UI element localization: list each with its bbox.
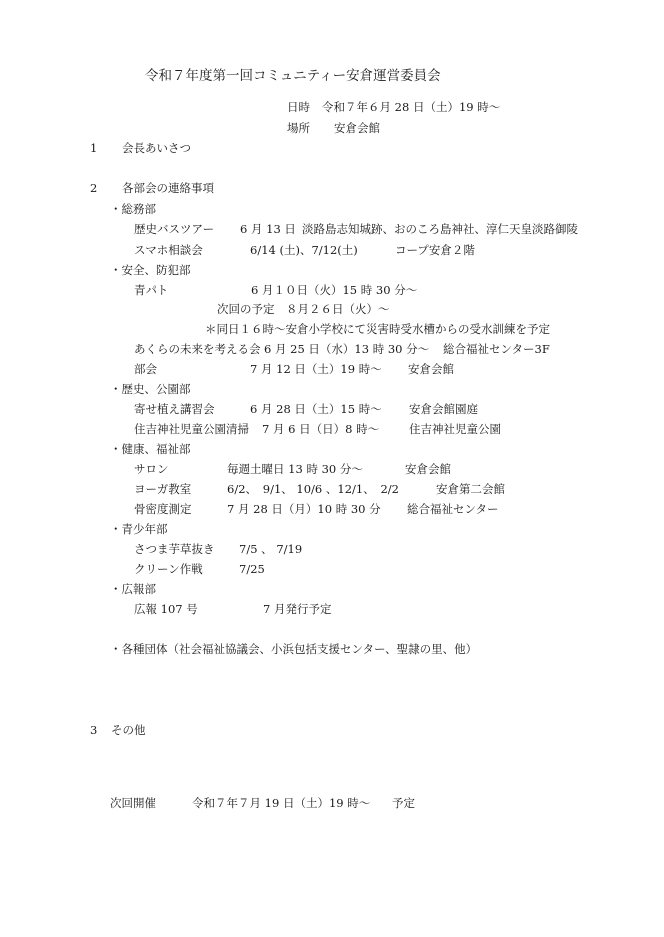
item-label: 骨密度測定: [134, 501, 192, 517]
item-label: 寄せ植え講習会: [134, 401, 215, 417]
item-label: 歴史バスツアー: [134, 221, 214, 237]
item-place: 住吉神社児童公園: [409, 421, 501, 437]
place-label: 場所: [287, 120, 310, 136]
section-2-title: 各部会の連絡事項: [122, 180, 214, 196]
item-date: 6/14 (土)、7/12(土): [250, 242, 358, 258]
item-label: ヨーガ教室: [134, 481, 191, 497]
item-date: 6 月 25 日（水）13 時 30 分～: [264, 341, 429, 357]
item-label: 住吉神社児童公園清掃: [134, 421, 249, 437]
item-date: 7 月 6 日（日）8 時～: [262, 421, 379, 437]
department-safety: ・安全、防犯部: [110, 262, 191, 278]
item-date: 毎週土曜日 13 時 30 分～: [227, 461, 363, 477]
item-note: ＊同日１６時～安倉小学校にて災害時受水槽からの受水訓練を予定: [205, 321, 550, 337]
item-label: 部会: [134, 361, 157, 377]
item-date: 6 月 13 日: [240, 221, 296, 237]
item-place: 安倉会館: [405, 461, 451, 477]
next-meeting-date: 令和７年７月 19 日（土）19 時～: [192, 795, 370, 811]
section-2-number: 2: [90, 180, 97, 196]
item-label: スマホ相談会: [134, 242, 203, 258]
section-1-title: 会長あいさつ: [122, 140, 191, 156]
item-place: 安倉会館: [408, 361, 454, 377]
item-date: 7 月 12 日（土）19 時～: [250, 361, 382, 377]
department-public-relations: ・広報部: [110, 581, 156, 597]
item-note: 次回の予定 ８月２６日（火）～: [217, 301, 390, 317]
item-label: 青パト: [134, 282, 168, 298]
item-label: 広報 107 号: [134, 601, 198, 617]
item-date: 6/2、 9/1、 10/6 、12/1、 2/2: [227, 481, 399, 497]
next-meeting-label: 次回開催: [110, 795, 156, 811]
item-date: 7 月 28 日（月）10 時 30 分: [227, 501, 381, 517]
item-place: 総合福祉センター: [407, 501, 499, 517]
department-youth: ・青少年部: [110, 521, 168, 537]
next-meeting-status: 予定: [392, 795, 415, 811]
item-place: 淡路島志知城跡、おのころ島神社、淳仁天皇淡路御陵: [302, 221, 578, 237]
section-3-number: 3: [90, 722, 97, 738]
item-label: サロン: [134, 461, 169, 477]
department-history-parks: ・歴史、公園部: [110, 381, 191, 397]
item-place: 総合福祉センター3F: [443, 341, 550, 357]
section-1-number: 1: [90, 140, 97, 156]
item-date: 7/25: [239, 561, 265, 577]
item-place: 安倉第二会館: [436, 481, 505, 497]
date-label: 日時: [287, 99, 310, 115]
item-date: 6 月 28 日（土）15 時～: [250, 401, 382, 417]
item-date: 7/5 、 7/19: [239, 541, 302, 557]
section-3-title: その他: [111, 722, 146, 738]
department-general-affairs: ・総務部: [110, 201, 156, 217]
department-health-welfare: ・健康、福祉部: [110, 441, 191, 457]
other-groups: ・各種団体（社会福祉協議会、小浜包括支援センター、聖隷の里、他）: [110, 641, 477, 657]
item-label: クリーン作戦: [134, 561, 203, 577]
document-title: 令和７年度第一回コミュニティー安倉運営委員会: [145, 68, 441, 84]
item-date: 6 月１０日（火）15 時 30 分～: [251, 282, 417, 298]
item-label: さつま芋草抜き: [134, 541, 215, 557]
place-value: 安倉会館: [334, 120, 380, 136]
item-date: 7 月発行予定: [263, 601, 331, 617]
item-label: あくらの未来を考える会: [134, 341, 261, 357]
date-value: 令和７年６月 28 日（土）19 時～: [322, 99, 500, 115]
item-place: コープ安倉２階: [395, 242, 475, 258]
item-place: 安倉会館園庭: [409, 401, 478, 417]
